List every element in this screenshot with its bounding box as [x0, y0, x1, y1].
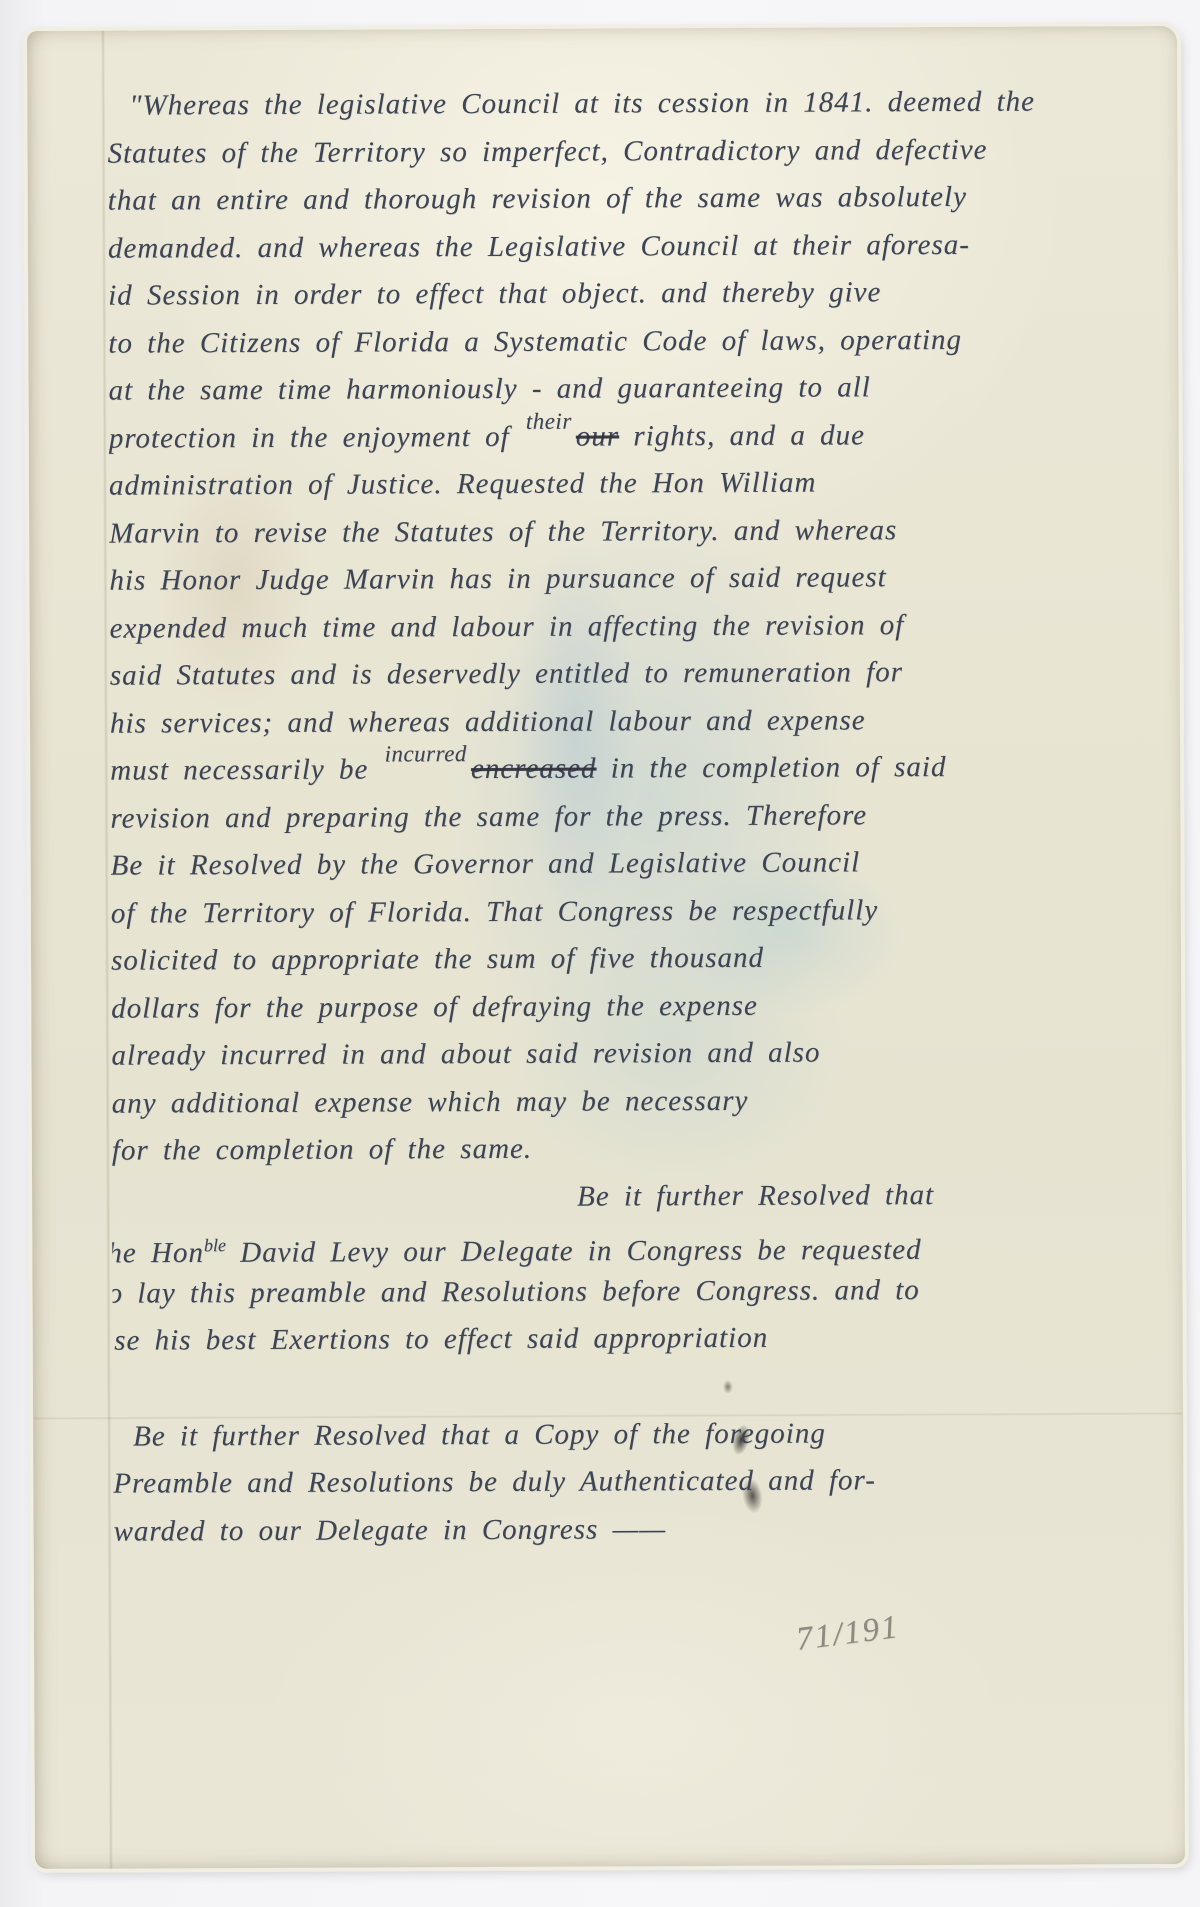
text-line: to the Citizens of Florida a Systematic … — [108, 316, 1170, 368]
text-strike: our — [576, 420, 619, 452]
text-above: incurred — [384, 731, 467, 777]
text-run: David Levy our Delegate in Congress be r… — [226, 1234, 922, 1269]
text-line: protection in the enjoyment of theirour … — [109, 411, 1171, 463]
text-run: dollars for the purpose of defraying the… — [111, 989, 758, 1024]
text-line: solicited to appropriate the sum of five… — [111, 933, 1173, 985]
text-run: Be it further Resolved that a Copy of th… — [133, 1417, 826, 1452]
text-line: for the completion of the same. — [112, 1123, 1174, 1175]
text-line: demanded. and whereas the Legislative Co… — [108, 221, 1170, 273]
text-run: of the Territory of Florida. That Congre… — [111, 894, 878, 929]
text-line: at the same time harmoniously - and guar… — [108, 363, 1170, 415]
text-run: solicited to appropriate the sum of five… — [111, 942, 764, 977]
manuscript-page: "Whereas the legislative Council at its … — [27, 26, 1185, 1869]
text-line: already incurred in and about said revis… — [111, 1028, 1173, 1080]
text-run: administration of Justice. Requested the… — [109, 467, 817, 502]
text-line: id Session in order to effect that objec… — [108, 268, 1170, 320]
text-run: his Honor Judge Marvin has in pursuance … — [109, 561, 886, 596]
text-run: for the completion of the same. — [112, 1133, 532, 1167]
text-line: of the Territory of Florida. That Congre… — [111, 886, 1173, 938]
text-run: at the same time harmoniously - and guar… — [109, 371, 871, 406]
text-run: protection in the enjoyment of — [109, 420, 524, 454]
text-line: Be it further Resolved that — [577, 1171, 1174, 1221]
text-run: Preamble and Resolutions be duly Authent… — [113, 1464, 876, 1499]
pencil-page-number: 71/191 — [794, 1609, 902, 1659]
text-run: Be it Resolved by the Governor and Legis… — [111, 846, 861, 881]
text-line: warded to our Delegate in Congress —— — [113, 1504, 1175, 1556]
text-line: any additional expense which may be nece… — [112, 1076, 1174, 1128]
text-line: to lay this preamble and Resolutions bef… — [107, 1266, 1174, 1318]
text-run: his services; and whereas additional lab… — [110, 704, 866, 739]
text-run: the Hon — [107, 1237, 204, 1269]
text-line: use his best Exertions to effect said ap… — [107, 1313, 1175, 1365]
text-run: any additional expense which may be nece… — [112, 1084, 749, 1119]
text-run: said Statutes and is deservedly entitled… — [110, 656, 903, 691]
text-line: Be it Resolved by the Governor and Legis… — [111, 838, 1173, 890]
text-line: revision and preparing the same for the … — [110, 791, 1172, 843]
text-run: already incurred in and about said revis… — [111, 1037, 820, 1072]
text-line: Statutes of the Territory so imperfect, … — [107, 126, 1169, 178]
text-line: said Statutes and is deservedly entitled… — [110, 648, 1172, 700]
text-run: must necessarily be — [110, 753, 383, 786]
text-line: his Honor Judge Marvin has in pursuance … — [109, 553, 1171, 605]
text-run: Be it further Resolved that — [577, 1179, 934, 1213]
text-run: in the completion of said — [596, 751, 946, 785]
text-run: Marvin to revise the Statutes of the Ter… — [109, 514, 897, 549]
text-run: "Whereas the legislative Council at its … — [129, 86, 1035, 122]
text-line: his services; and whereas additional lab… — [110, 696, 1172, 748]
text-run: expended much time and labour in affecti… — [110, 609, 905, 644]
text-above: their — [526, 398, 572, 444]
text-line: Be it further Resolved that a Copy of th… — [133, 1409, 1175, 1461]
text-run: to lay this preamble and Resolutions bef… — [107, 1274, 920, 1310]
text-line: administration of Justice. Requested the… — [109, 458, 1171, 510]
text-sup: ble — [204, 1235, 226, 1255]
text-line: that an entire and thorough revision of … — [108, 173, 1170, 225]
text-line: Preamble and Resolutions be duly Authent… — [113, 1456, 1175, 1508]
text-strike: encreased — [471, 753, 597, 786]
text-run: demanded. and whereas the Legislative Co… — [108, 228, 970, 264]
text-run: to the Citizens of Florida a Systematic … — [108, 323, 962, 359]
text-run: warded to our Delegate in Congress —— — [113, 1513, 666, 1547]
text-run: revision and preparing the same for the … — [110, 799, 867, 834]
text-line: the Honble David Levy our Delegate in Co… — [107, 1218, 1174, 1270]
manuscript-text: "Whereas the legislative Council at its … — [107, 78, 1175, 1556]
text-line: "Whereas the legislative Council at its … — [129, 78, 1169, 130]
text-line: Marvin to revise the Statutes of the Ter… — [109, 506, 1171, 558]
text-run: Statutes of the Territory so imperfect, … — [107, 133, 987, 169]
text-run: rights, and a due — [619, 419, 865, 452]
text-line: expended much time and labour in affecti… — [110, 601, 1172, 653]
text-run: that an entire and thorough revision of … — [108, 181, 967, 217]
text-line: dollars for the purpose of defraying the… — [111, 981, 1173, 1033]
text-run: use his best Exertions to effect said ap… — [107, 1322, 768, 1357]
text-line: must necessarily be incurredencreased in… — [110, 743, 1172, 795]
text-run: id Session in order to effect that objec… — [108, 276, 881, 311]
